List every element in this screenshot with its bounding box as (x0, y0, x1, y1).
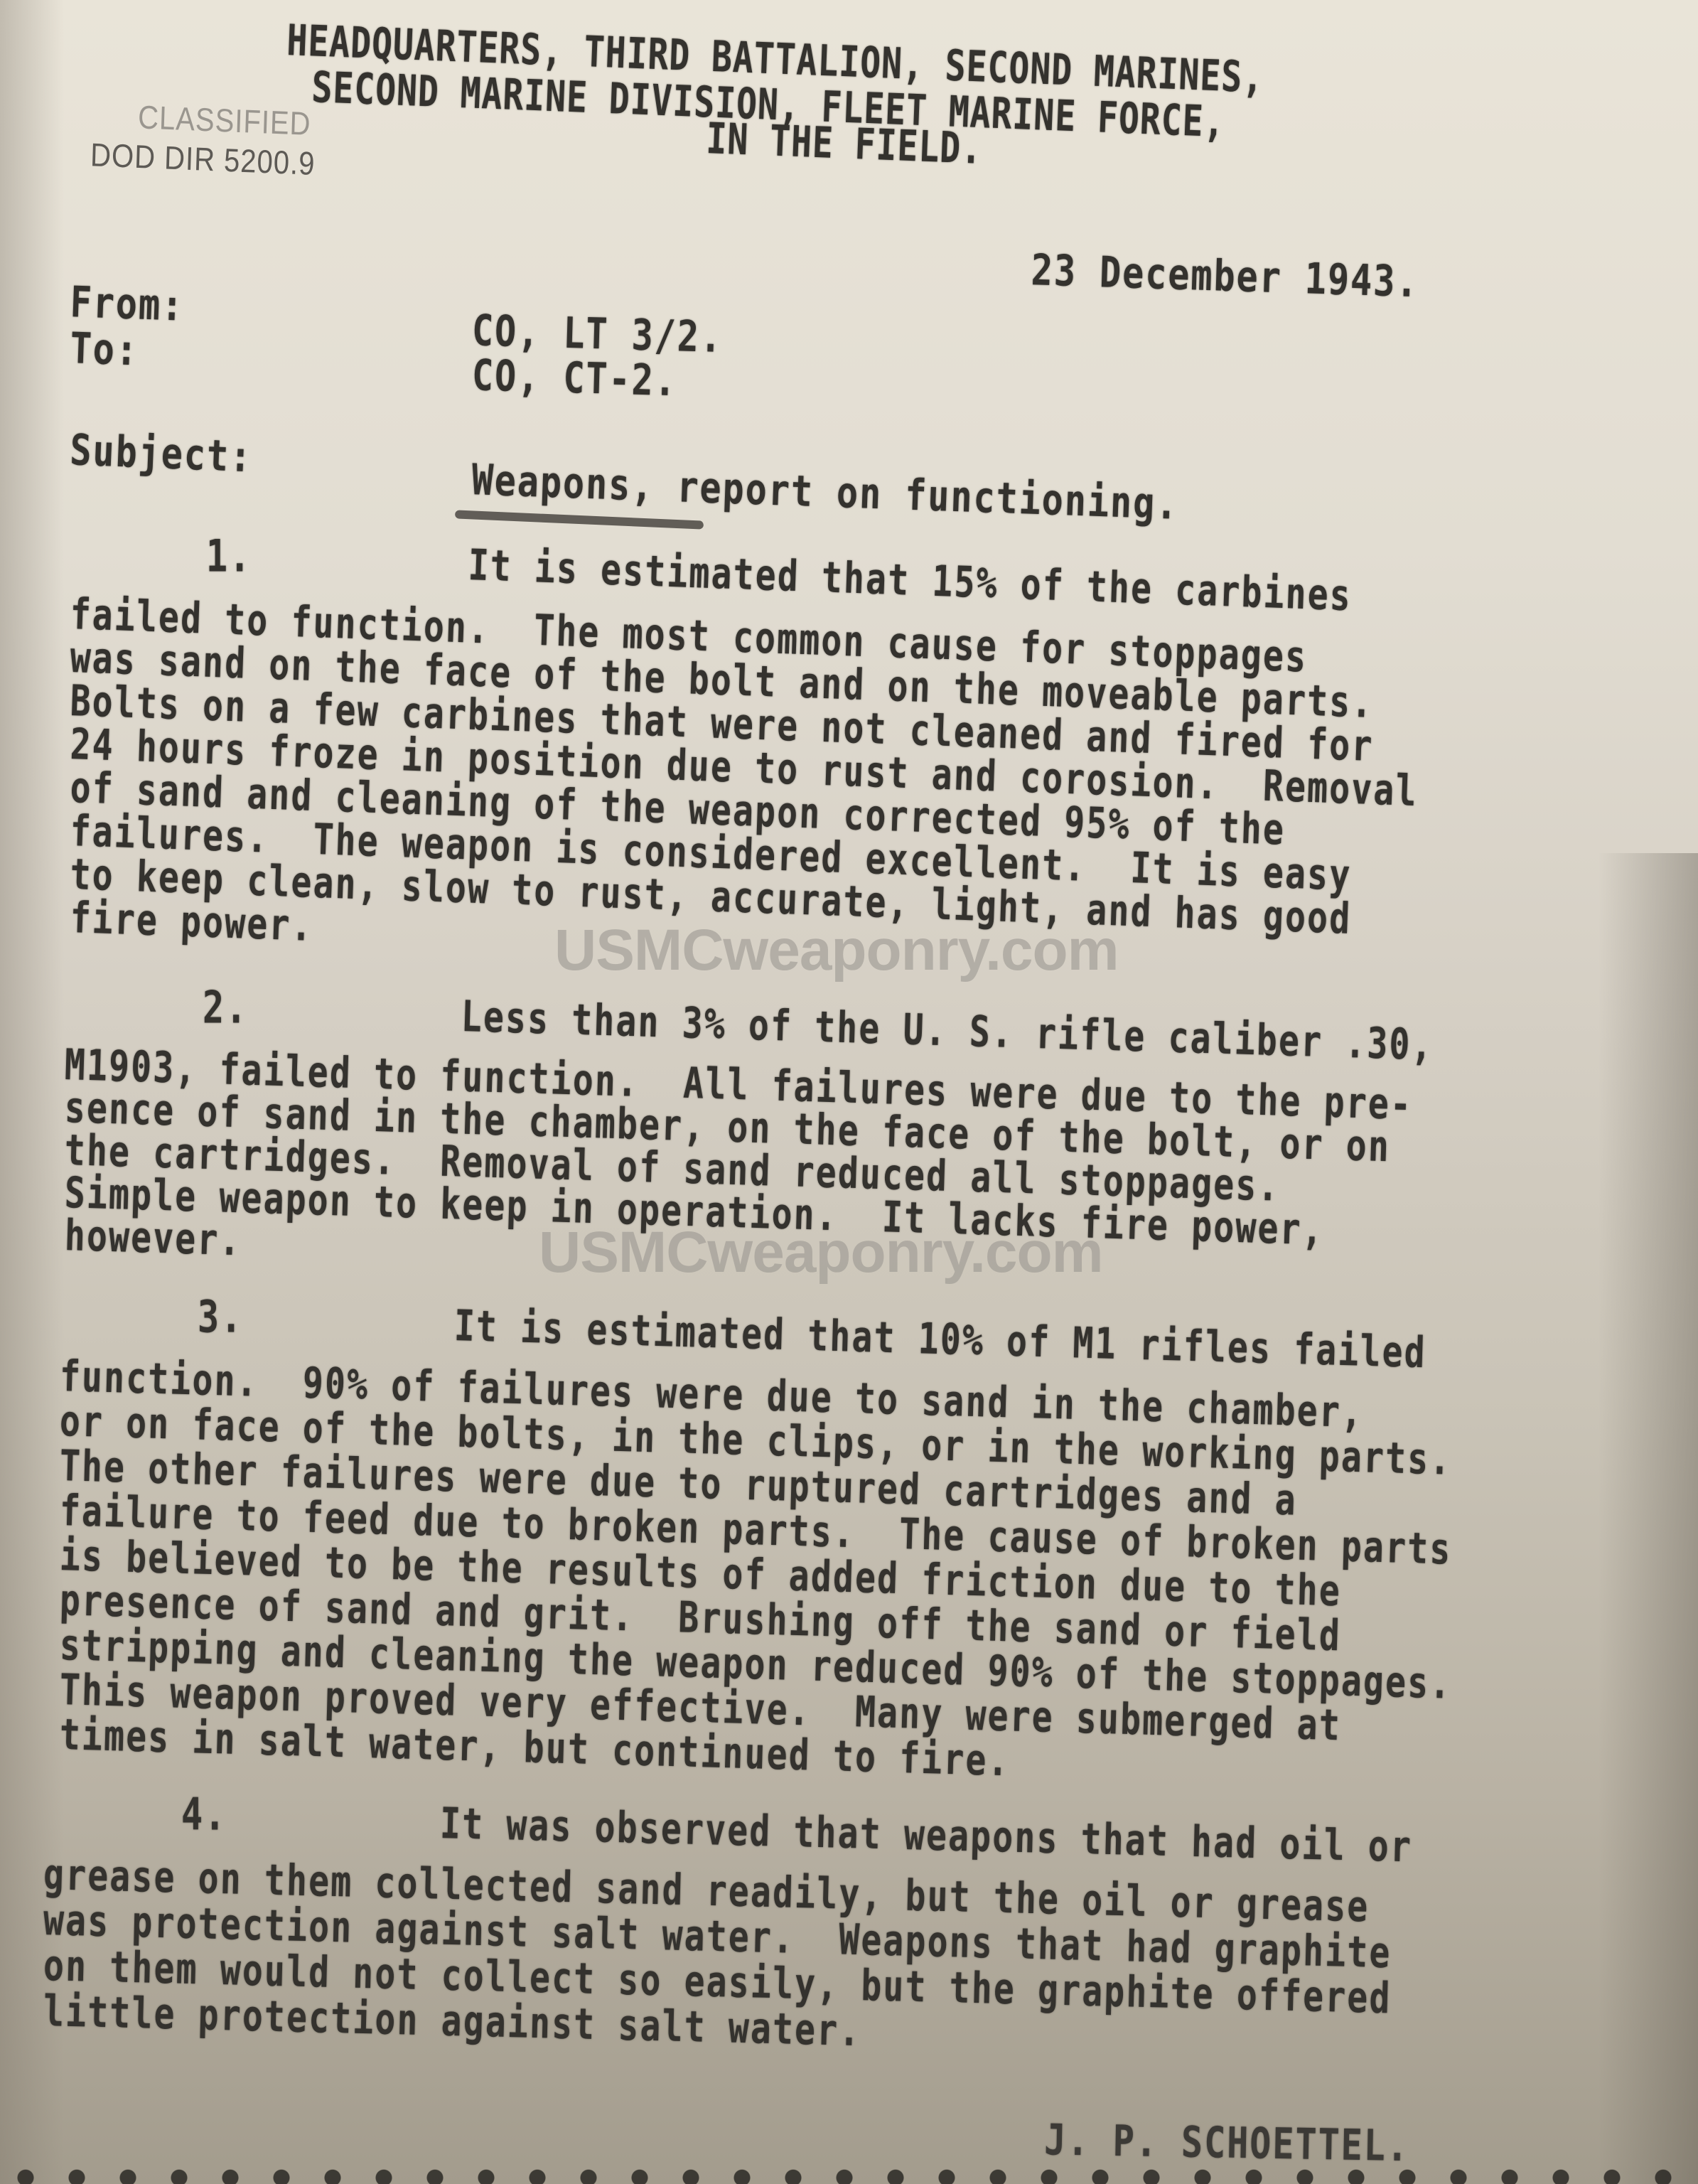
paragraph-line: however. (64, 1211, 242, 1265)
letter-date: 23 December 1943. (1031, 245, 1420, 307)
bottom-typed-rule (0, 2168, 1698, 2184)
to-value: CO, CT-2. (471, 350, 678, 406)
subject-underline (455, 510, 704, 529)
classification-stamp-line-2: DOD DIR 5200.9 (90, 137, 316, 183)
from-label: From: (70, 277, 186, 331)
watermark-2: USMCweaponry.com (539, 1219, 1103, 1286)
to-label: To: (70, 323, 140, 375)
page-shadow-right (1598, 853, 1698, 2184)
paragraph-number: 3. (198, 1291, 243, 1343)
paragraph-number: 4. (181, 1789, 227, 1841)
classification-stamp-line-1: CLASSIFIED (137, 100, 311, 143)
subject-label: Subject: (69, 425, 253, 482)
paragraph-number: 1. (206, 530, 252, 582)
signature: J. P. SCHOETTEL. (1044, 2115, 1410, 2171)
paragraph-line: It was observed that weapons that had oi… (439, 1799, 1413, 1872)
paragraph-number: 2. (203, 982, 248, 1034)
paragraph-line: fire power. (70, 893, 314, 951)
watermark-1: USMCweaponry.com (554, 917, 1119, 984)
letterhead-line-3: IN THE FIELD. (705, 114, 983, 174)
